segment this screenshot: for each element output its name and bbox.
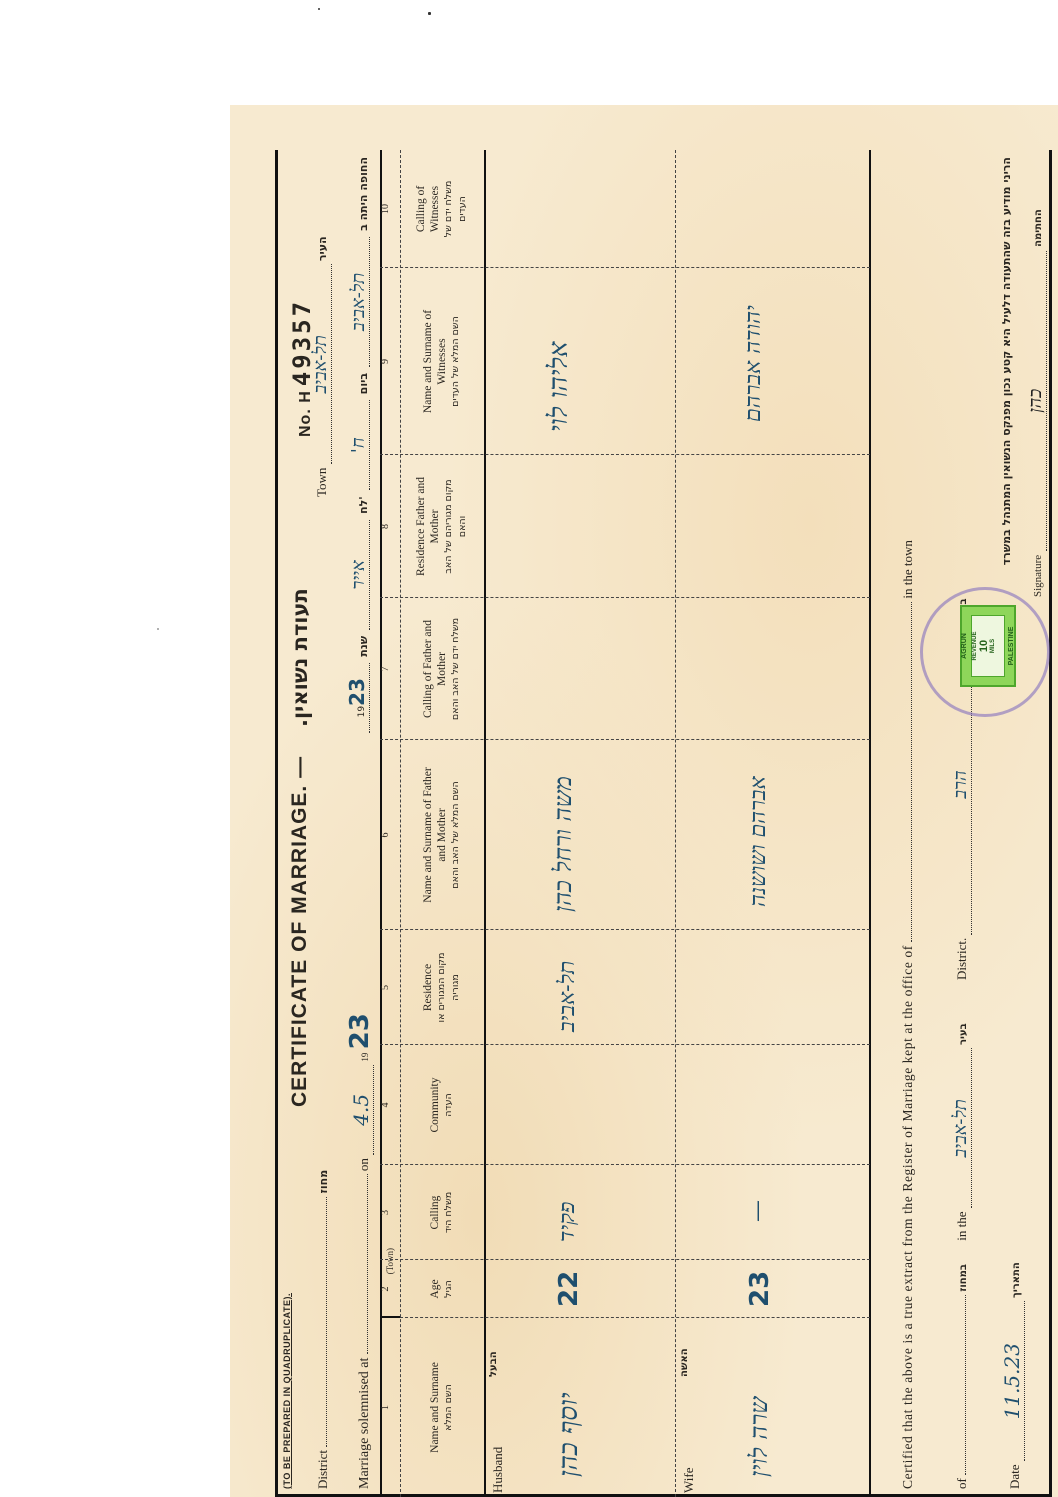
solemnised-line: Marriage solemnised at (Town) on 4.5 19 …	[345, 1013, 375, 1489]
hebrew-year-value: 23	[345, 678, 369, 706]
of-field[interactable]	[965, 1295, 966, 1475]
column-header-he: הגיל	[442, 1260, 456, 1318]
column-header-he: השם המלא של האב והאם	[449, 740, 463, 930]
date-label: Date	[1007, 1464, 1022, 1489]
solemnised-town-field[interactable]: (Town)	[367, 1174, 368, 1354]
column-number-rule	[400, 150, 401, 1497]
hebrew-date-line: החופה היתה ב תל-אביב ביום ח' לח' אייר שנ…	[345, 157, 370, 937]
column-number: 10	[380, 150, 400, 268]
column-header-en: Calling of Father and Mother	[421, 598, 449, 740]
on-label: on	[356, 1158, 371, 1171]
hebrew-month-field[interactable]: אייר	[348, 520, 370, 630]
date-line: Date 11.5.23 התאריך	[1000, 1262, 1025, 1489]
column-number: 9	[380, 268, 400, 455]
column-header-parents-calling: Calling of Father and Motherמשלח ידם של …	[402, 598, 482, 740]
district-label-he: מחוז	[317, 1170, 330, 1194]
certificate-title-en: CERTIFICATE OF MARRIAGE. —	[288, 756, 312, 1107]
column-header-witness-name: Name and Surname of Witnessesהשם המלא של…	[402, 268, 482, 455]
column-header-en: Age	[428, 1260, 442, 1318]
husband-calling[interactable]: פקיד	[554, 1202, 580, 1242]
wife-parents-name[interactable]: אברהם ושושנה	[745, 776, 771, 907]
hebrew-month-label: לח'	[357, 496, 370, 514]
row-label-husband-he: הבעל	[488, 1351, 499, 1377]
column-header-community: Communityהעדה	[402, 1045, 482, 1165]
solemnised-label: Marriage solemnised at	[357, 1358, 372, 1489]
hebrew-year-field[interactable]: 1923	[345, 663, 370, 733]
column-number: 6	[380, 740, 400, 930]
column-header-parents-name: Name and Surname of Father and Motherהשם…	[402, 740, 482, 930]
witness-2-name[interactable]: יהודה אברהם	[740, 305, 766, 422]
column-number: 7	[380, 598, 400, 740]
wife-name[interactable]: שרה לוין	[745, 1397, 774, 1477]
column-header-en: Name and Surname of Father and Mother	[421, 740, 449, 930]
revenue-country: PALESTINE	[1008, 607, 1015, 685]
hebrew-chuppah-label: החופה היתה ב	[357, 157, 370, 231]
row-label-husband: Husband	[490, 1447, 506, 1493]
revenue-stamp-center: REVENUE 10 MILS	[971, 615, 1005, 677]
town-line: Town תל-אביב העיר	[310, 236, 332, 497]
column-header-residence: Residenceמקום המגורים או מגוריה	[402, 930, 482, 1045]
city-label-he: בעיר	[958, 1023, 969, 1045]
table-row-wife: Wife האשה שרה לוין 23 — אברהם ושושנה יהו…	[675, 150, 869, 1497]
column-header-he: השם המלא	[442, 1318, 456, 1497]
certification-line-2: of במחוז in the תל-אביב בעיר District. ה…	[950, 159, 972, 1489]
year-value[interactable]: 23	[345, 1013, 375, 1049]
column-header-en: Community	[428, 1045, 442, 1165]
column-header-he: מקום מגוריהם של האב והאם	[442, 455, 470, 598]
wife-calling[interactable]: —	[745, 1200, 770, 1222]
date-label-he: התאריך	[1011, 1262, 1022, 1298]
quadruplicate-instruction: (TO BE PREPARED IN QUADRUPLICATE).	[282, 1293, 292, 1489]
hebrew-day-label: ביום	[357, 373, 370, 394]
scan-speck	[318, 8, 320, 10]
column-number: 3	[380, 1165, 400, 1260]
district-suffix: District.	[954, 938, 969, 980]
column-header-he: משלח ידם של האב והאם	[449, 598, 463, 740]
certification-line-1: Certified that the above is a true extra…	[900, 159, 916, 1489]
witness-1-name[interactable]: אליהו לוי	[544, 342, 574, 432]
year-prefix: 19	[360, 1053, 370, 1062]
column-header-en: Name and Surname	[428, 1318, 442, 1497]
column-header-he: משלח ידם של העדים	[442, 150, 470, 268]
column-header-he: משלח היד	[442, 1165, 456, 1260]
column-header-witness-calling: Calling of Witnessesמשלח ידם של העדים	[402, 150, 482, 268]
marriage-register-table: 1 2 3 4 5 6 7 8 9 10 Name and Surnameהשם…	[380, 150, 870, 1497]
date-field-cert[interactable]: 11.5.23	[1000, 1301, 1025, 1461]
town-label: Town	[314, 468, 329, 497]
column-header-name: Name and Surnameהשם המלא	[402, 1318, 482, 1497]
hebrew-year-label: שנת	[357, 636, 370, 657]
signature-line: Signature כהן החתימה	[1025, 157, 1047, 597]
column-number: 1	[380, 1318, 400, 1497]
date-field[interactable]: 4.5	[349, 1065, 374, 1155]
office-field[interactable]	[911, 602, 912, 942]
hebrew-year-prefix: 19	[357, 706, 367, 717]
signature-label: Signature	[1032, 555, 1044, 597]
revenue-right-text: AGRUN	[961, 607, 968, 685]
certificate-paper: (TO BE PREPARED IN QUADRUPLICATE). CERTI…	[230, 105, 1058, 1497]
in-the-field[interactable]: תל-אביב	[950, 1048, 972, 1208]
column-header-he: השם המלא של העדים	[449, 268, 463, 455]
scan-speck	[428, 12, 431, 15]
signature-field[interactable]: כהן	[1025, 251, 1047, 551]
row-label-wife: Wife	[681, 1468, 697, 1493]
husband-residence[interactable]: תל-אביב	[554, 961, 580, 1032]
wife-age[interactable]: 23	[745, 1271, 775, 1307]
revenue-unit: MILS	[990, 616, 996, 676]
husband-name[interactable]: יוסף כהן	[554, 1392, 584, 1477]
hebrew-day-field[interactable]: ח'	[348, 400, 370, 490]
district-label: District	[315, 1450, 330, 1489]
certificate-title-he: תעודת נשואין.	[288, 588, 312, 727]
column-header-he: העדה	[442, 1045, 456, 1165]
scan-speck	[157, 628, 159, 630]
row-label-wife-he: האשה	[679, 1348, 690, 1377]
column-header-parents-residence: Residence Father and Motherמקום מגוריהם …	[402, 455, 482, 598]
revenue-stamp: REVENUE 10 MILS PALESTINE AGRUN	[960, 605, 1016, 687]
hebrew-place-field[interactable]: תל-אביב	[348, 237, 370, 367]
husband-age[interactable]: 22	[554, 1271, 584, 1307]
column-header-age: Ageהגיל	[402, 1260, 482, 1318]
certification-text: Certified that the above is a true extra…	[900, 945, 915, 1489]
table-row-husband: Husband הבעל יוסף כהן 22 פקיד תל-אביב מש…	[484, 150, 675, 1497]
in-the-town-text: in the town	[900, 540, 915, 599]
district-label-he-2: במחוז	[958, 1264, 969, 1292]
column-header-en: Residence	[421, 930, 435, 1045]
town-field[interactable]: תל-אביב	[310, 264, 332, 464]
column-number: 5	[380, 930, 400, 1045]
table-bottom-rule	[869, 150, 871, 1497]
column-header-he: מקום המגורים או מגוריה	[435, 930, 463, 1045]
signature-label-he: החתימה	[1033, 209, 1044, 247]
revenue-value: 10	[978, 616, 990, 676]
column-number: 4	[380, 1045, 400, 1165]
district-field[interactable]	[326, 1197, 327, 1447]
column-number: 2	[380, 1260, 400, 1318]
column-header-en: Calling	[428, 1165, 442, 1260]
column-header-en: Residence Father and Mother	[414, 455, 442, 598]
district-line: District מחוז	[315, 1170, 331, 1489]
column-header-en: Calling of Witnesses	[414, 150, 442, 268]
column-header-en: Name and Surname of Witnesses	[421, 268, 449, 455]
town-label-he: העיר	[316, 236, 329, 261]
in-the-label: in the	[954, 1212, 969, 1241]
husband-parents-name[interactable]: משה ורחל כהן	[549, 776, 578, 912]
column-header-calling: Callingמשלח היד	[402, 1165, 482, 1260]
column-number: 8	[380, 455, 400, 598]
of-label: of	[954, 1478, 969, 1489]
hebrew-certification-text: הריני מודיע בזה שהתעודה דלעיל היא קטע נכ…	[1000, 157, 1013, 565]
